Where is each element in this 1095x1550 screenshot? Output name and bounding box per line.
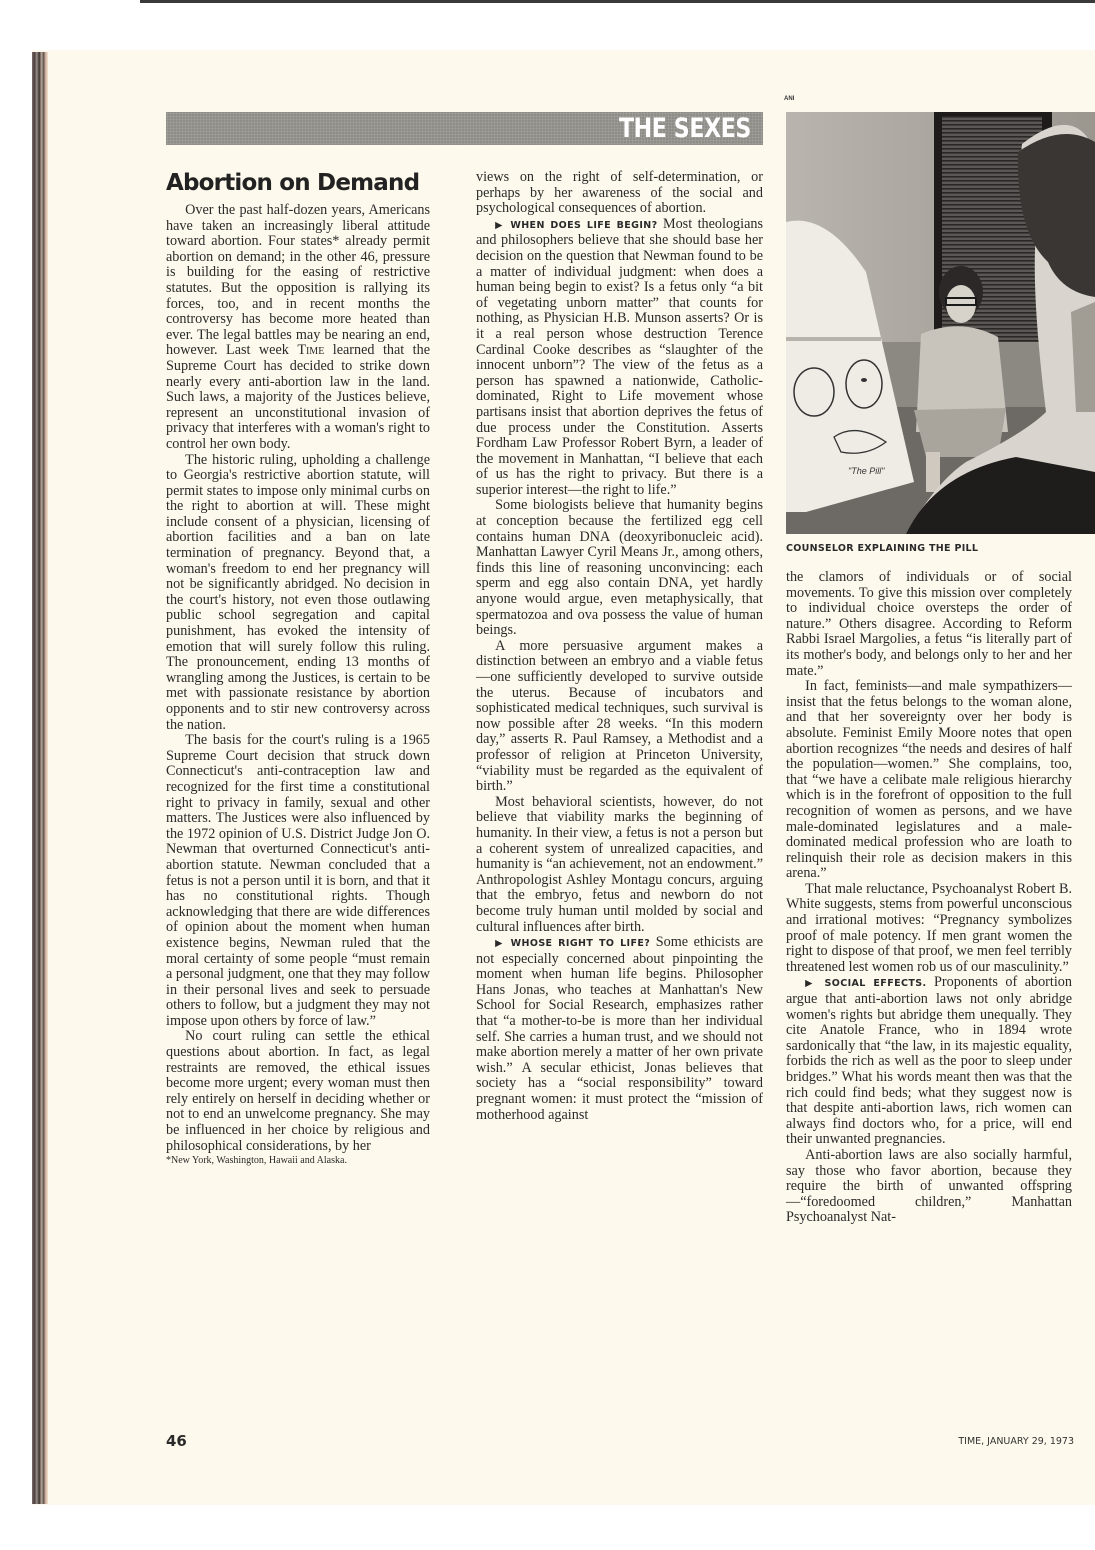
footnote: *New York, Washington, Hawaii and Alaska… [166,1155,430,1167]
paragraph: The historic ruling, upholding a challen… [166,453,430,734]
paragraph: ▶ WHEN DOES LIFE BEGIN? Most theologians… [476,217,763,499]
paragraph: In fact, feminists—and male sympathizers… [786,679,1072,882]
photo-counselor: "The Pill" [786,112,1095,534]
paragraph: That male reluctance, Psychoanalyst Robe… [786,882,1072,976]
paragraph: Some biologists believe that humanity be… [476,498,763,638]
article-column-1: Over the past half-dozen years, American… [166,203,430,1167]
top-edge-rule [140,0,1095,3]
subhead-when-does-life-begin: ▶ WHEN DOES LIFE BEGIN? [495,220,657,231]
subhead-social-effects: ▶ SOCIAL EFFECTS. [805,978,926,989]
section-title: THE SEXES [619,113,751,144]
photo-illustration: "The Pill" [786,112,1095,534]
article-column-3: the clamors of individuals or of social … [786,570,1072,1226]
paragraph: ▶ SOCIAL EFFECTS. Proponents of abortion… [786,975,1072,1148]
paragraph: Most behavioral scientists, however, do … [476,795,763,935]
article-headline: Abortion on Demand [166,170,419,196]
chart-label: "The Pill" [848,466,885,476]
photo-credit: ANI [784,96,794,102]
paragraph: No court ruling can settle the ethical q… [166,1029,430,1154]
paragraph: views on the right of self-determination… [476,170,763,217]
paragraph: The basis for the court's ruling is a 19… [166,733,430,1029]
issue-dateline: TIME, JANUARY 29, 1973 [958,1436,1074,1447]
paragraph: ▶ WHOSE RIGHT TO LIFE? Some ethicists ar… [476,935,763,1123]
page-number: 46 [166,1432,187,1450]
subhead-whose-right-to-life: ▶ WHOSE RIGHT TO LIFE? [495,938,650,949]
article-column-2: views on the right of self-determination… [476,170,763,1123]
paragraph: Over the past half-dozen years, American… [166,203,430,453]
section-banner: THE SEXES [166,112,763,145]
page-binding-edge [32,52,48,1504]
time-wordmark: Time [297,342,324,358]
paragraph: the clamors of individuals or of social … [786,570,1072,679]
paragraph: A more persuasive argument makes a disti… [476,639,763,795]
photo-caption: COUNSELOR EXPLAINING THE PILL [786,543,978,554]
paragraph: Anti-abortion laws are also socially har… [786,1148,1072,1226]
